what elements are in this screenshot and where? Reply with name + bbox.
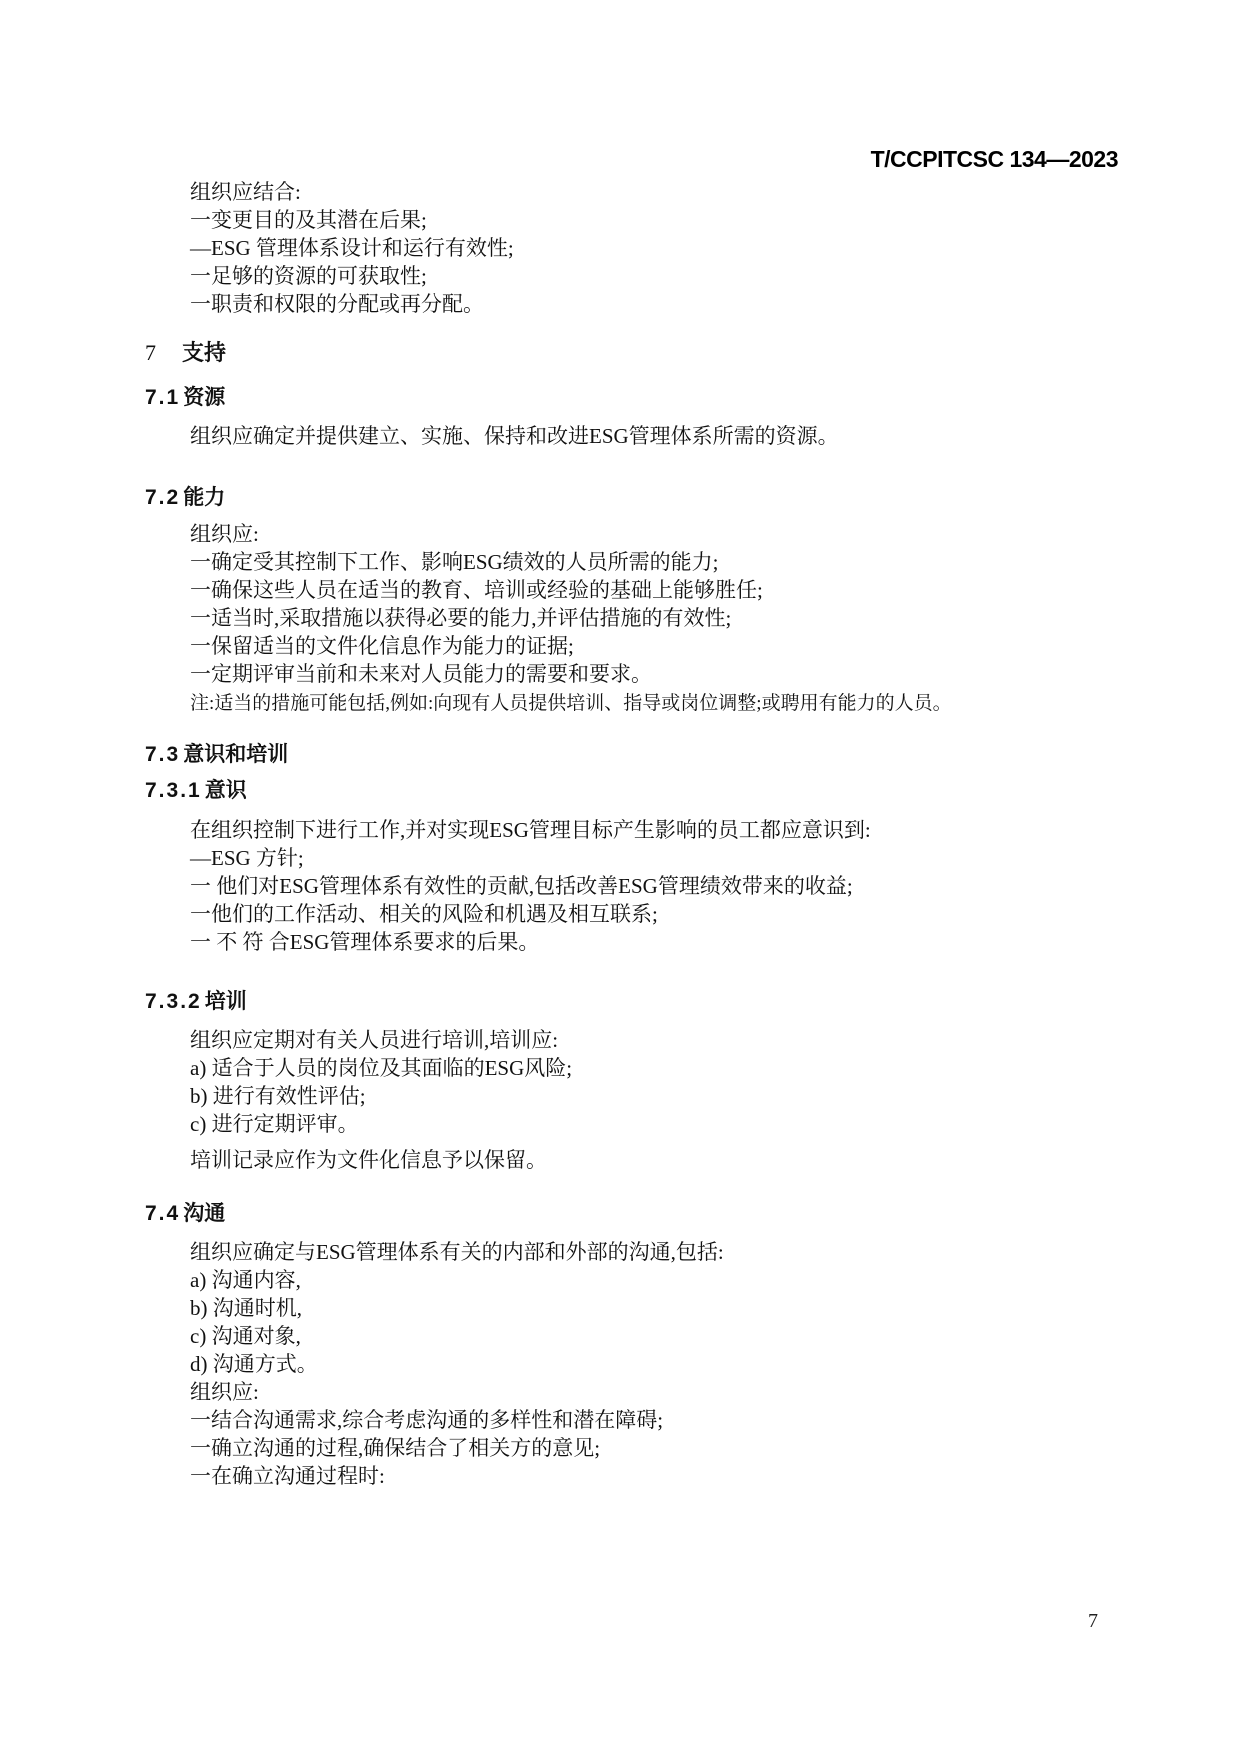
section-7-2-body: 组织应: 一确定受其控制下工作、影响ESG绩效的人员所需的能力; 一确保这些人员… — [145, 520, 1105, 688]
section-title: 支持 — [182, 340, 226, 365]
list-item: 一适当时,采取措施以获得必要的能力,并评估措施的有效性; — [145, 604, 1105, 632]
list-item: 一在确立沟通过程时: — [145, 1462, 1105, 1490]
list-item: 一结合沟通需求,综合考虑沟通的多样性和潜在障碍; — [145, 1406, 1105, 1434]
list-item: 一职责和权限的分配或再分配。 — [145, 290, 1105, 318]
list-item: 一定期评审当前和未来对人员能力的需要和要求。 — [145, 660, 1105, 688]
list-item: 一他们的工作活动、相关的风险和机遇及相互联系; — [145, 900, 1105, 928]
list-item: d) 沟通方式。 — [145, 1350, 1105, 1378]
paragraph: 组织应结合: — [145, 178, 1105, 206]
page-number: 7 — [1088, 1610, 1098, 1633]
section-heading-7-1: 7.1资源 — [145, 384, 1105, 412]
section-number: 7.1 — [145, 386, 180, 409]
list-item: —ESG 管理体系设计和运行有效性; — [145, 234, 1105, 262]
list-item: b) 进行有效性评估; — [145, 1082, 1105, 1110]
section-number: 7.4 — [145, 1202, 180, 1225]
list-item: 一足够的资源的可获取性; — [145, 262, 1105, 290]
section-title: 意识 — [205, 779, 247, 802]
list-item: a) 沟通内容, — [145, 1266, 1105, 1294]
section-title: 意识和培训 — [183, 743, 288, 766]
list-item: a) 适合于人员的岗位及其面临的ESG风险; — [145, 1054, 1105, 1082]
list-item: 一确保这些人员在适当的教育、培训或经验的基础上能够胜任; — [145, 576, 1105, 604]
section-title: 沟通 — [183, 1202, 225, 1225]
intro-block: 组织应结合: 一变更目的及其潜在后果; —ESG 管理体系设计和运行有效性; 一… — [145, 178, 1105, 318]
paragraph: 组织应: — [145, 520, 1105, 548]
paragraph: 组织应确定与ESG管理体系有关的内部和外部的沟通,包括: — [145, 1238, 1105, 1266]
list-item: 一保留适当的文件化信息作为能力的证据; — [145, 632, 1105, 660]
section-number: 7.2 — [145, 486, 180, 509]
section-7-3-2-body: 组织应定期对有关人员进行培训,培训应: a) 适合于人员的岗位及其面临的ESG风… — [145, 1026, 1105, 1138]
document-page: T/CCPITCSC 134—2023 组织应结合: 一变更目的及其潜在后果; … — [0, 0, 1240, 1755]
paragraph: 组织应定期对有关人员进行培训,培训应: — [145, 1026, 1105, 1054]
section-heading-7-2: 7.2能力 — [145, 484, 1105, 512]
section-title: 能力 — [183, 486, 225, 509]
paragraph: 在组织控制下进行工作,并对实现ESG管理目标产生影响的员工都应意识到: — [145, 816, 1105, 844]
section-heading-7-4: 7.4沟通 — [145, 1200, 1105, 1228]
list-item: 一 他们对ESG管理体系有效性的贡献,包括改善ESG管理绩效带来的收益; — [145, 872, 1105, 900]
section-number: 7.3 — [145, 743, 180, 766]
note: 注:适当的措施可能包括,例如:向现有人员提供培训、指导或岗位调整;或聘用有能力的… — [145, 690, 1105, 717]
section-heading-7-3: 7.3意识和培训 — [145, 741, 1105, 769]
section-heading-7: 7支持 — [145, 338, 1105, 368]
doc-code: T/CCPITCSC 134—2023 — [871, 146, 1118, 173]
list-item: 一 不 符 合ESG管理体系要求的后果。 — [145, 928, 1105, 956]
section-title: 培训 — [205, 990, 247, 1013]
section-number: 7.3.1 — [145, 779, 202, 802]
list-item: c) 沟通对象, — [145, 1322, 1105, 1350]
section-7-3-1-body: 在组织控制下进行工作,并对实现ESG管理目标产生影响的员工都应意识到: —ESG… — [145, 816, 1105, 956]
paragraph: 培训记录应作为文件化信息予以保留。 — [145, 1146, 1105, 1174]
list-item: 一确立沟通的过程,确保结合了相关方的意见; — [145, 1434, 1105, 1462]
section-7-4-body: 组织应确定与ESG管理体系有关的内部和外部的沟通,包括: a) 沟通内容, b)… — [145, 1238, 1105, 1490]
section-number: 7.3.2 — [145, 990, 202, 1013]
page-content: 组织应结合: 一变更目的及其潜在后果; —ESG 管理体系设计和运行有效性; 一… — [145, 178, 1105, 1490]
list-item: 一变更目的及其潜在后果; — [145, 206, 1105, 234]
list-item: —ESG 方针; — [145, 844, 1105, 872]
list-item: b) 沟通时机, — [145, 1294, 1105, 1322]
paragraph: 组织应: — [145, 1378, 1105, 1406]
section-number: 7 — [145, 340, 156, 365]
section-title: 资源 — [183, 386, 225, 409]
section-heading-7-3-2: 7.3.2培训 — [145, 988, 1105, 1016]
section-heading-7-3-1: 7.3.1意识 — [145, 777, 1105, 805]
paragraph: 组织应确定并提供建立、实施、保持和改进ESG管理体系所需的资源。 — [145, 422, 1105, 450]
list-item: c) 进行定期评审。 — [145, 1110, 1105, 1138]
list-item: 一确定受其控制下工作、影响ESG绩效的人员所需的能力; — [145, 548, 1105, 576]
